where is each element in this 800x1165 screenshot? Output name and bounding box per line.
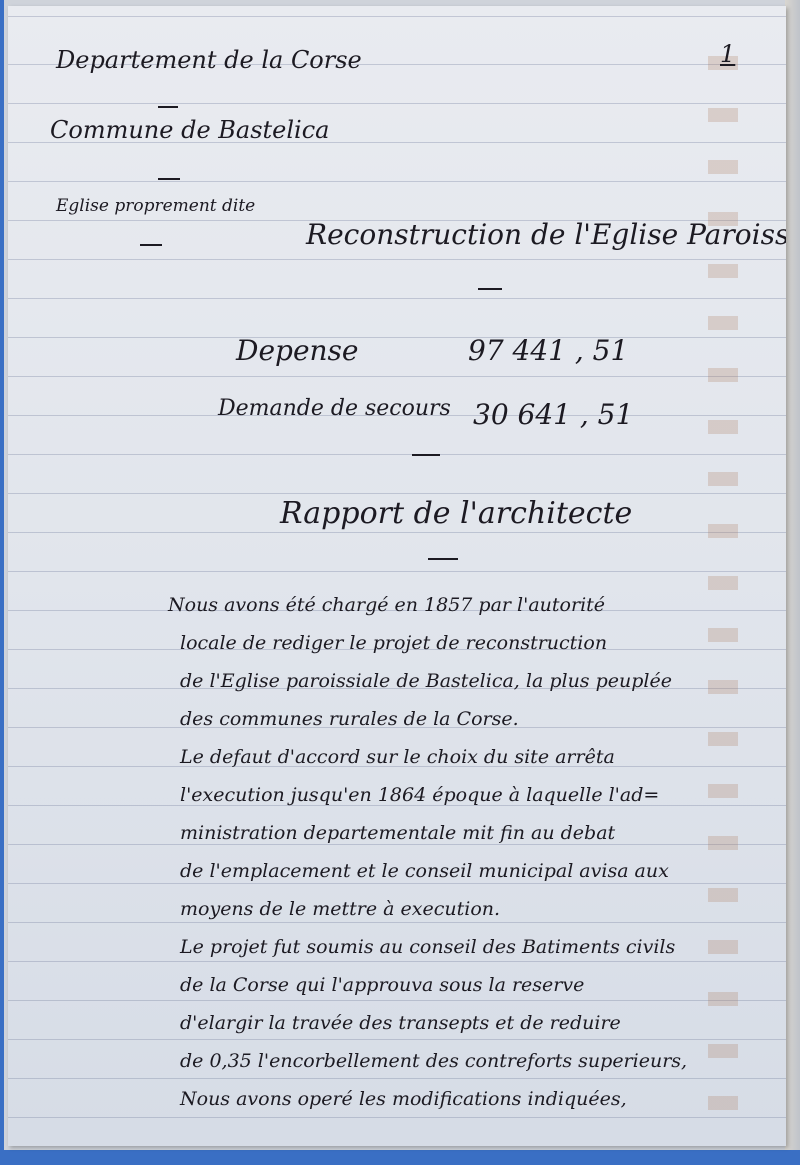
- margin-stains: [708, 36, 738, 1116]
- aid-request-label: Demande de secours: [218, 396, 451, 421]
- expense-label: Depense: [236, 334, 359, 367]
- subtitle: Eglise proprement dite: [56, 196, 255, 216]
- page-edge: [785, 0, 800, 1150]
- body-line: Nous avons été chargé en 1857 par l'auto…: [168, 594, 605, 616]
- body-line: des communes rurales de la Corse.: [180, 708, 519, 730]
- divider: [158, 106, 178, 108]
- manuscript-page: 1 Departement de la Corse Commune de Bas…: [8, 6, 786, 1146]
- document-title: Reconstruction de l'Eglise Paroissiale: [306, 218, 786, 251]
- body-line: Nous avons operé les modifications indiq…: [180, 1088, 627, 1110]
- body-line: d'elargir la travée des transepts et de …: [180, 1012, 621, 1034]
- body-line: de la Corse qui l'approuva sous la reser…: [180, 974, 584, 996]
- divider: [428, 558, 458, 560]
- department-heading: Departement de la Corse: [56, 46, 362, 74]
- aid-request-value: 30 641 , 51: [473, 398, 633, 431]
- body-line: Le projet fut soumis au conseil des Bati…: [180, 936, 675, 958]
- body-line: moyens de le mettre à execution.: [180, 898, 500, 920]
- page-number: 1: [720, 40, 735, 68]
- body-line: locale de rediger le projet de reconstru…: [180, 632, 607, 654]
- body-line: de 0,35 l'encorbellement des contreforts…: [180, 1050, 687, 1072]
- divider: [412, 454, 440, 456]
- divider: [478, 288, 502, 290]
- commune-heading: Commune de Bastelica: [50, 116, 329, 144]
- report-title: Rapport de l'architecte: [280, 496, 632, 531]
- expense-value: 97 441 , 51: [468, 334, 628, 367]
- divider: [158, 178, 180, 180]
- body-line: de l'emplacement et le conseil municipal…: [180, 860, 669, 882]
- body-line: de l'Eglise paroissiale de Bastelica, la…: [180, 670, 672, 692]
- body-line: Le defaut d'accord sur le choix du site …: [180, 746, 615, 768]
- body-line: l'execution jusqu'en 1864 époque à laque…: [180, 784, 659, 806]
- body-line: ministration departementale mit fin au d…: [180, 822, 615, 844]
- divider: [140, 244, 162, 246]
